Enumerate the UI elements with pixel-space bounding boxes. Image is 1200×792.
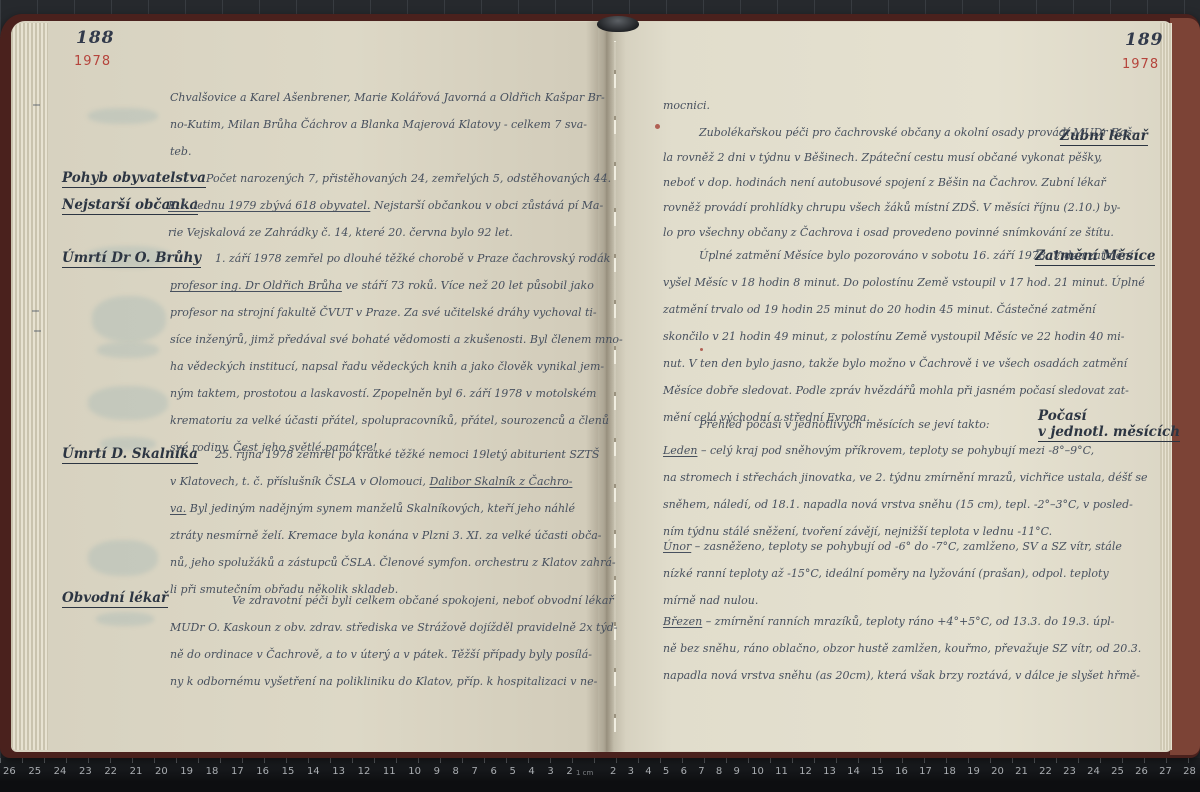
handwritten-line: mocnici. [663, 92, 1143, 119]
paragraph-obvodni-lekar: Ve zdravotní péči byli celkem občané spo… [170, 587, 600, 695]
handwritten-line: ně bez sněhu, ráno oblačno, obzor hustě … [663, 635, 1143, 662]
handwritten-line: 25. října 1978 zemřel po krátké těžké ne… [170, 441, 600, 468]
line-text: Nejstarší občankou v obci zůstává pí Ma- [370, 199, 603, 212]
paragraph-umrti-bruhy: 1. září 1978 zemřel po dlouhé těžké chor… [170, 245, 600, 461]
handwritten-line: ny k odbornému vyšetření na polikliniku … [170, 668, 600, 695]
underlined-text: Dalibor Skalník z Čachro- [429, 475, 572, 488]
handwritten-line: ha vědeckých institucí, napsal řadu věde… [170, 353, 600, 380]
handwritten-line: ně do ordinace v Čachrově, a to v úterý … [170, 641, 600, 668]
handwritten-line: nut. V ten den bylo jasno, takže bylo mo… [663, 350, 1143, 377]
year-stamp-left: 1978 [74, 54, 111, 69]
paragraph-pohyb: Počet narozených 7, přistěhovaných 24, z… [170, 165, 600, 192]
handwritten-line: teb. [170, 138, 600, 165]
handwritten-line: neboť v dop. hodinách není autobusové sp… [663, 170, 1143, 195]
handwritten-line: Leden – celý kraj pod sněhovým příkrovem… [663, 437, 1143, 464]
handwritten-line: vyšel Měsíc v 18 hodin 8 minut. Do polos… [663, 269, 1143, 296]
line-text: – zmírnění ranních mrazíků, teploty ráno… [702, 615, 1114, 628]
handwritten-line: va. Byl jediným nadějným synem manželů S… [170, 495, 600, 522]
handwritten-line: Měsíce dobře sledovat. Podle zpráv hvězd… [663, 377, 1143, 404]
handwritten-line: skončilo v 21 hodin 49 minut, z polostín… [663, 323, 1143, 350]
handwritten-line: Březen – zmírnění ranních mrazíků, teplo… [663, 608, 1143, 635]
margin-heading-obvodni-lekar: Obvodní lékař [62, 590, 168, 608]
handwriting-layer: 188 1978 Chvalšovice a Karel Ašenbrener,… [0, 0, 1200, 792]
handwritten-line: Zubolékařskou péči pro čachrovské občany… [663, 120, 1143, 145]
handwritten-line: Únor – zasněženo, teploty se pohybují od… [663, 533, 1143, 560]
paragraph-unor: Únor – zasněženo, teploty se pohybují od… [663, 533, 1143, 614]
handwritten-line: la rovněž 2 dni v týdnu v Běšinech. Zpát… [663, 145, 1143, 170]
paragraph-continuation: mocnici. [663, 92, 1143, 119]
underlined-text: K 1. lednu 1979 zbývá 618 obyvatel. [168, 199, 370, 212]
line-text: v Klatovech, t. č. příslušník ČSLA v Olo… [170, 475, 429, 488]
handwritten-line: nízké ranní teploty až -15°C, ideální po… [663, 560, 1143, 587]
paragraph-zatmeni-mesice: Úplné zatmění Měsíce bylo pozorováno v s… [663, 242, 1143, 431]
handwritten-line: zatmění trvalo od 19 hodin 25 minut do 2… [663, 296, 1143, 323]
line-text: – zasněženo, teploty se pohybují od -6° … [691, 540, 1122, 553]
year-stamp-right: 1978 [1122, 57, 1159, 72]
paragraph-nejstarsi: K 1. lednu 1979 zbývá 618 obyvatel. Nejs… [168, 192, 600, 246]
paragraph-zubni-lekar: Zubolékařskou péči pro čachrovské občany… [663, 120, 1143, 245]
paragraph-intro: Chvalšovice a Karel Ašenbrener, Marie Ko… [170, 84, 600, 165]
handwritten-line: no-Kutim, Milan Brůha Čáchrov a Blanka M… [170, 111, 600, 138]
page-number-left: 188 [76, 28, 115, 48]
handwritten-line: napadla nová vrstva sněhu (as 20cm), kte… [663, 662, 1143, 689]
underlined-text: va. [170, 502, 186, 515]
underlined-text: Únor [663, 540, 691, 553]
handwritten-line: rovněž provádí prohlídky chrupu všech žá… [663, 195, 1143, 220]
handwritten-line: ným taktem, prostotou a laskavostí. Zpop… [170, 380, 600, 407]
underlined-text: Březen [663, 615, 702, 628]
handwritten-line: profesor ing. Dr Oldřich Brůha ve stáří … [170, 272, 600, 299]
handwritten-line: Úplné zatmění Měsíce bylo pozorováno v s… [663, 242, 1143, 269]
handwritten-line: nů, jeho spolužáků a zástupců ČSLA. Člen… [170, 549, 600, 576]
handwritten-line: síce inženýrů, jimž předával své bohaté … [170, 326, 600, 353]
paragraph-prehled-pocasi: Přehled počasí v jednotlivých měsících s… [663, 411, 1143, 438]
line-text: – celý kraj pod sněhovým příkrovem, tepl… [697, 444, 1094, 457]
handwritten-line: Přehled počasí v jednotlivých měsících s… [663, 411, 1143, 438]
handwritten-line: MUDr O. Kaskoun z obv. zdrav. střediska … [170, 614, 600, 641]
handwritten-line: Počet narozených 7, přistěhovaných 24, z… [170, 165, 600, 192]
paragraph-umrti-skalnika: 25. října 1978 zemřel po krátké těžké ne… [170, 441, 600, 603]
underlined-text: profesor ing. Dr Oldřich Brůha [170, 279, 342, 292]
paragraph-brezen: Březen – zmírnění ranních mrazíků, teplo… [663, 608, 1143, 689]
handwritten-line: v Klatovech, t. č. příslušník ČSLA v Olo… [170, 468, 600, 495]
handwritten-line: K 1. lednu 1979 zbývá 618 obyvatel. Nejs… [168, 192, 600, 219]
handwritten-line: Ve zdravotní péči byli celkem občané spo… [170, 587, 600, 614]
page-number-right: 189 [1125, 30, 1164, 50]
handwritten-line: krematoriu za velké účasti přátel, spolu… [170, 407, 600, 434]
underlined-text: Leden [663, 444, 697, 457]
handwritten-line: na stromech i střechách jinovatka, ve 2.… [663, 464, 1143, 491]
photo-of-open-chronicle: 2625242322212019181716151413121110987654… [0, 0, 1200, 792]
handwritten-line: rie Vejskalová ze Zahrádky č. 14, které … [168, 219, 600, 246]
handwritten-line: 1. září 1978 zemřel po dlouhé těžké chor… [170, 245, 600, 272]
paragraph-leden: Leden – celý kraj pod sněhovým příkrovem… [663, 437, 1143, 545]
line-text: ve stáří 73 roků. Více než 20 let působi… [342, 279, 594, 292]
line-text: Byl jediným nadějným synem manželů Skaln… [186, 502, 575, 515]
handwritten-line: Chvalšovice a Karel Ašenbrener, Marie Ko… [170, 84, 600, 111]
handwritten-line: ztráty nesmírně želí. Kremace byla konán… [170, 522, 600, 549]
handwritten-line: profesor na strojní fakultě ČVUT v Praze… [170, 299, 600, 326]
handwritten-line: sněhem, náledí, od 18.1. napadla nová vr… [663, 491, 1143, 518]
